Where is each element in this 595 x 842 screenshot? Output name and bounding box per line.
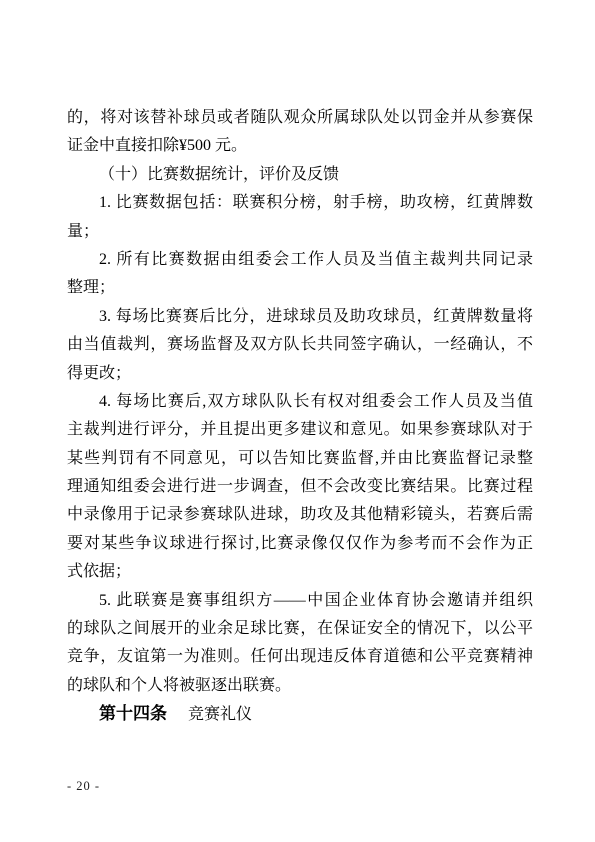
text-line: 3. 每场比赛赛后比分，进球球员及助攻球员，红黄牌数量将 <box>67 303 533 331</box>
text-line: 量； <box>67 218 533 246</box>
text-line: 的球队之间展开的业余足球比赛，在保证安全的情况下，以公平 <box>67 615 533 643</box>
article-heading-number: 第十四条 <box>99 704 167 723</box>
document-page: 的，将对该替补球员或者随队观众所属球队处以罚金并从参赛保证金中直接扣除¥500 … <box>0 0 595 842</box>
text-line: 的，将对该替补球员或者随队观众所属球队处以罚金并从参赛保 <box>67 104 533 132</box>
text-line: 由当值裁判，赛场监督及双方队长共同签字确认，一经确认，不 <box>67 331 533 359</box>
text-line: 证金中直接扣除¥500 元。 <box>67 132 533 160</box>
article-heading: 第十四条 竞赛礼仪 <box>67 700 533 728</box>
text-line: 理通知组委会进行进一步调查，但不会改变比赛结果。比赛过程 <box>67 473 533 501</box>
text-line: 式依据； <box>67 558 533 586</box>
text-line: 2. 所有比赛数据由组委会工作人员及当值主裁判共同记录 <box>67 246 533 274</box>
page-number: - 20 - <box>67 779 100 794</box>
text-line: 竞争，友谊第一为准则。任何出现违反体育道德和公平竞赛精神 <box>67 643 533 671</box>
article-heading-title: 竞赛礼仪 <box>188 706 252 723</box>
text-line: 主裁判进行评分，并且提出更多建议和意见。如果参赛球队对于 <box>67 416 533 444</box>
body-lines: 的，将对该替补球员或者随队观众所属球队处以罚金并从参赛保证金中直接扣除¥500 … <box>67 104 533 700</box>
text-line: 要对某些争议球进行探讨,比赛录像仅仅作为参考而不会作为正 <box>67 530 533 558</box>
text-line: 得更改； <box>67 360 533 388</box>
text-line: 的球队和个人将被驱逐出联赛。 <box>67 672 533 700</box>
text-line: 1. 比赛数据包括：联赛积分榜，射手榜，助攻榜，红黄牌数 <box>67 189 533 217</box>
text-line: 整理； <box>67 274 533 302</box>
text-line: 某些判罚有不同意见，可以告知比赛监督,并由比赛监督记录整 <box>67 445 533 473</box>
body-text: 的，将对该替补球员或者随队观众所属球队处以罚金并从参赛保证金中直接扣除¥500 … <box>67 104 533 729</box>
text-line: （十）比赛数据统计，评价及反馈 <box>67 161 533 189</box>
text-line: 5. 此联赛是赛事组织方——中国企业体育协会邀请并组织 <box>67 587 533 615</box>
text-line: 中录像用于记录参赛球队进球，助攻及其他精彩镜头，若赛后需 <box>67 501 533 529</box>
text-line: 4. 每场比赛后,双方球队队长有权对组委会工作人员及当值 <box>67 388 533 416</box>
